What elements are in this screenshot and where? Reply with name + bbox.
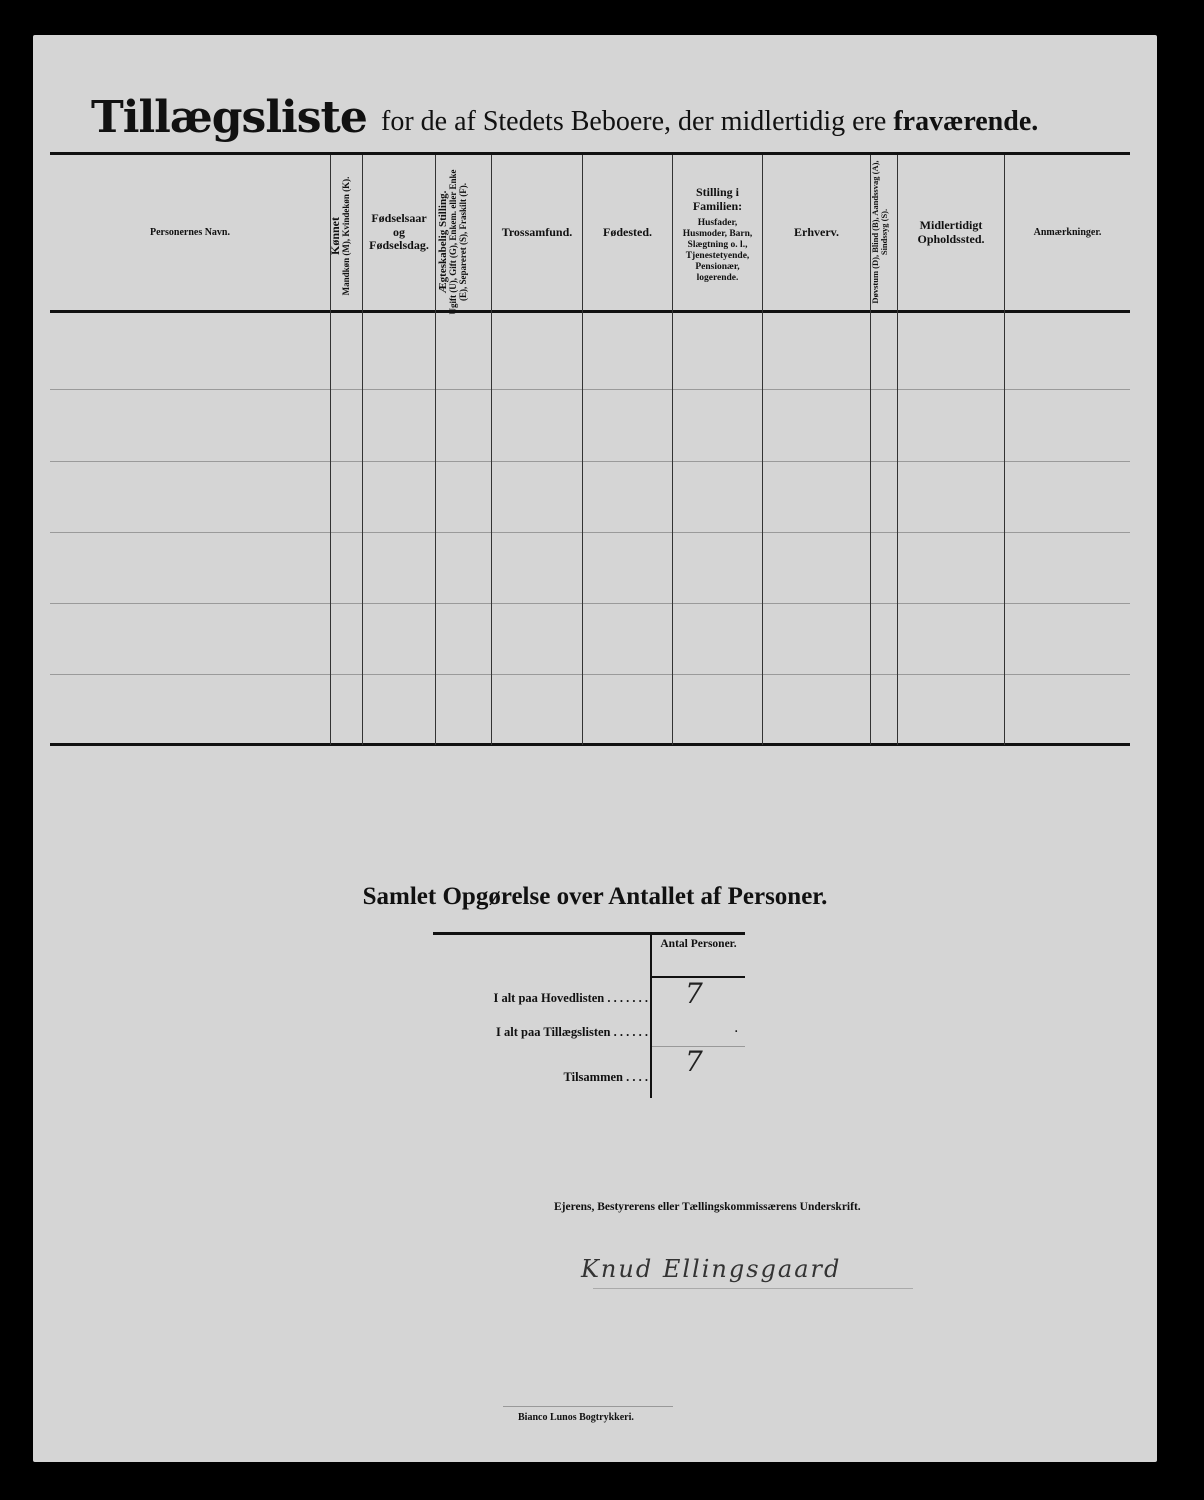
col-divider bbox=[435, 155, 436, 745]
header-stilling: Stilling i Familien: Husfader, Husmoder,… bbox=[673, 170, 762, 300]
printer-imprint: Bianco Lunos Bogtrykkeri. bbox=[518, 1412, 634, 1423]
summary-value-tillaegslisten: . bbox=[734, 1020, 738, 1036]
summary-title: Samlet Opgørelse over Antallet af Person… bbox=[33, 883, 1157, 911]
header-anmaerkninger: Anmærkninger. bbox=[1005, 155, 1130, 310]
header-aegteskab: Ægteskabelig Stilling. Ugift (U), Gift (… bbox=[437, 165, 491, 319]
header-erhverv: Erhverv. bbox=[763, 155, 870, 310]
header-personernes-navn: Personernes Navn. bbox=[50, 155, 330, 310]
summary-value-tilsammen: 7 bbox=[685, 1045, 703, 1078]
subtitle-plain: for de af Stedets Beboere, der midlertid… bbox=[381, 106, 893, 137]
row-divider bbox=[50, 389, 1130, 390]
row-divider bbox=[50, 461, 1130, 462]
summary-vertical-rule bbox=[650, 932, 652, 1098]
header-fodested: Fødested. bbox=[583, 155, 672, 310]
header-aegteskab-sublabel: Ugift (U), Gift (G), Enkem. eller Enke (… bbox=[449, 165, 469, 319]
header-fodselsaar: Fødselsaar og Fødselsdag. bbox=[363, 155, 435, 310]
summary-label-hovedlisten: I alt paa Hovedlisten . . . . . . . bbox=[493, 991, 648, 1006]
summary-label-tillaegslisten: I alt paa Tillægslisten . . . . . . bbox=[496, 1025, 648, 1040]
printer-rule bbox=[503, 1406, 673, 1407]
row-divider bbox=[50, 603, 1130, 604]
signature-line bbox=[593, 1288, 913, 1289]
row-divider bbox=[50, 674, 1130, 675]
summary-column-header: Antal Personer. bbox=[652, 937, 745, 952]
header-kjonnet-sublabel: Mandkøn (M), Kvindekøn (K). bbox=[342, 160, 352, 312]
header-bottom-rule bbox=[50, 310, 1130, 313]
summary-label-tilsammen: Tilsammen . . . . bbox=[564, 1070, 649, 1085]
header-trossamfund: Trossamfund. bbox=[492, 155, 582, 310]
header-dovstum: Døvstum (D), Blind (B), Aandssvag (A), S… bbox=[871, 155, 897, 309]
signature-caption: Ejerens, Bestyrerens eller Tællingskommi… bbox=[554, 1201, 861, 1213]
signature-handwriting: Knud Ellingsgaard bbox=[581, 1255, 841, 1283]
summary-value-hovedlisten: 7 bbox=[685, 977, 703, 1010]
header-opholdssted: Midlertidigt Opholdssted. bbox=[898, 155, 1004, 310]
table-bottom-rule bbox=[50, 743, 1130, 746]
form-title: Tillægsliste bbox=[91, 93, 367, 143]
row-divider bbox=[50, 532, 1130, 533]
header-stilling-label: Stilling i Familien: bbox=[676, 186, 759, 214]
census-form-page: Tillægsliste for de af Stedets Beboere, … bbox=[33, 35, 1157, 1462]
form-subtitle: for de af Stedets Beboere, der midlertid… bbox=[381, 105, 1038, 139]
subtitle-bold: fraværende. bbox=[893, 106, 1038, 137]
summary-top-rule bbox=[433, 932, 745, 935]
header-kjonnet: Kønnet Mandkøn (M), Kvindekøn (K). bbox=[329, 160, 361, 312]
header-stilling-sublabel: Husfader, Husmoder, Barn, Slægtning o. l… bbox=[676, 218, 759, 284]
